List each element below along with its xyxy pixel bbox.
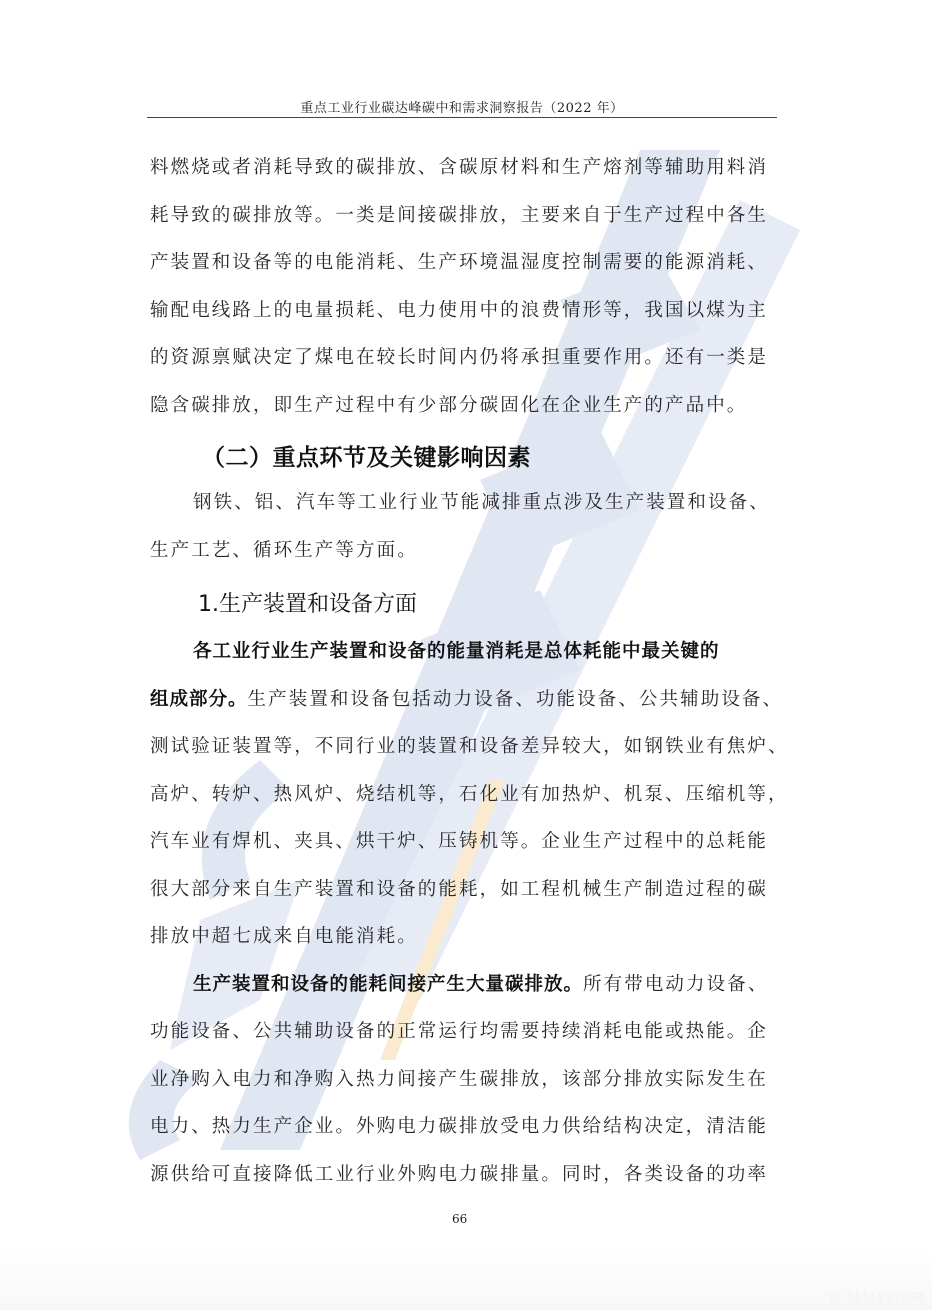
text-line: 的资源禀赋决定了煤电在较长时间内仍将承担重要作用。还有一类是 [150, 338, 778, 386]
page-content: 料燃烧或者消耗导致的碳排放、含碳原材料和生产熔剂等辅助用料消 耗导致的碳排放等。… [150, 148, 778, 1202]
page-number: 66 [452, 1212, 467, 1226]
text-line: 排放中超七成来自电能消耗。 [150, 917, 778, 965]
text-line: 高炉、转炉、热风炉、烧结机等，石化业有加热炉、机泵、压缩机等， [150, 775, 778, 823]
bold-lead-text: 生产装置和设备的能耗间接产生大量碳排放。 [193, 974, 583, 995]
text-line: 产装置和设备等的电能消耗、生产环境温湿度控制需要的能源消耗、 [150, 243, 778, 291]
header-rule [147, 117, 777, 118]
text-line: 耗导致的碳排放等。一类是间接碳排放，主要来自于生产过程中各生 [150, 196, 778, 244]
paragraph-equipment-energy: 各工业行业生产装置和设备的能量消耗是总体耗能中最关键的 组成部分。生产装置和设备… [150, 632, 778, 965]
text-span: 所有带电动力设备、 [583, 974, 768, 995]
text-line: 业净购入电力和净购入热力间接产生碳排放，该部分排放实际发生在 [150, 1060, 778, 1108]
subsection-heading: 1.生产装置和设备方面 [150, 578, 778, 632]
text-line: 源供给可直接降低工业行业外购电力碳排量。同时，各类设备的功率 [150, 1155, 778, 1203]
text-line: 测试验证装置等，不同行业的装置和设备差异较大，如钢铁业有焦炉、 [150, 727, 778, 775]
text-line: 汽车业有焊机、夹具、烘干炉、压铸机等。企业生产过程中的总耗能 [150, 822, 778, 870]
site-watermark-text: m.3itiys.com [830, 1289, 924, 1304]
text-line: 生产装置和设备的能耗间接产生大量碳排放。所有带电动力设备、 [150, 965, 778, 1013]
bold-text-line: 各工业行业生产装置和设备的能量消耗是总体耗能中最关键的 [150, 632, 778, 680]
text-line: 组成部分。生产装置和设备包括动力设备、功能设备、公共辅助设备、 [150, 680, 778, 728]
running-header: 重点工业行业碳达峰碳中和需求洞察报告（2022 年） [147, 97, 777, 116]
paragraph-key-aspects: 钢铁、铝、汽车等工业行业节能减排重点涉及生产装置和设备、 生产工艺、循环生产等方… [150, 483, 778, 578]
paragraph-indirect-emission: 生产装置和设备的能耗间接产生大量碳排放。所有带电动力设备、 功能设备、公共辅助设… [150, 965, 778, 1203]
text-line: 钢铁、铝、汽车等工业行业节能减排重点涉及生产装置和设备、 [150, 483, 778, 531]
text-line: 很大部分来自生产装置和设备的能耗，如工程机械生产制造过程的碳 [150, 870, 778, 918]
text-line: 料燃烧或者消耗导致的碳排放、含碳原材料和生产熔剂等辅助用料消 [150, 148, 778, 196]
text-line: 输配电线路上的电量损耗、电力使用中的浪费情形等，我国以煤为主 [150, 291, 778, 339]
text-line: 生产工艺、循环生产等方面。 [150, 531, 778, 579]
document-page: 重点工业行业碳达峰碳中和需求洞察报告（2022 年） 料燃烧或者消耗导致的碳排放… [0, 0, 932, 1310]
text-span: 生产装置和设备包括动力设备、功能设备、公共辅助设备、 [248, 689, 784, 710]
text-line: 电力、热力生产企业。外购电力碳排放受电力供给结构决定，清洁能 [150, 1107, 778, 1155]
bold-lead-text: 组成部分。 [150, 689, 248, 710]
text-line: 隐含碳排放，即生产过程中有少部分碳固化在企业生产的产品中。 [150, 386, 778, 434]
paragraph-emission-types: 料燃烧或者消耗导致的碳排放、含碳原材料和生产熔剂等辅助用料消 耗导致的碳排放等。… [150, 148, 778, 433]
section-heading: （二）重点环节及关键影响因素 [150, 433, 778, 483]
text-line: 功能设备、公共辅助设备的正常运行均需要持续消耗电能或热能。企 [150, 1012, 778, 1060]
bottom-fade [0, 1250, 932, 1310]
